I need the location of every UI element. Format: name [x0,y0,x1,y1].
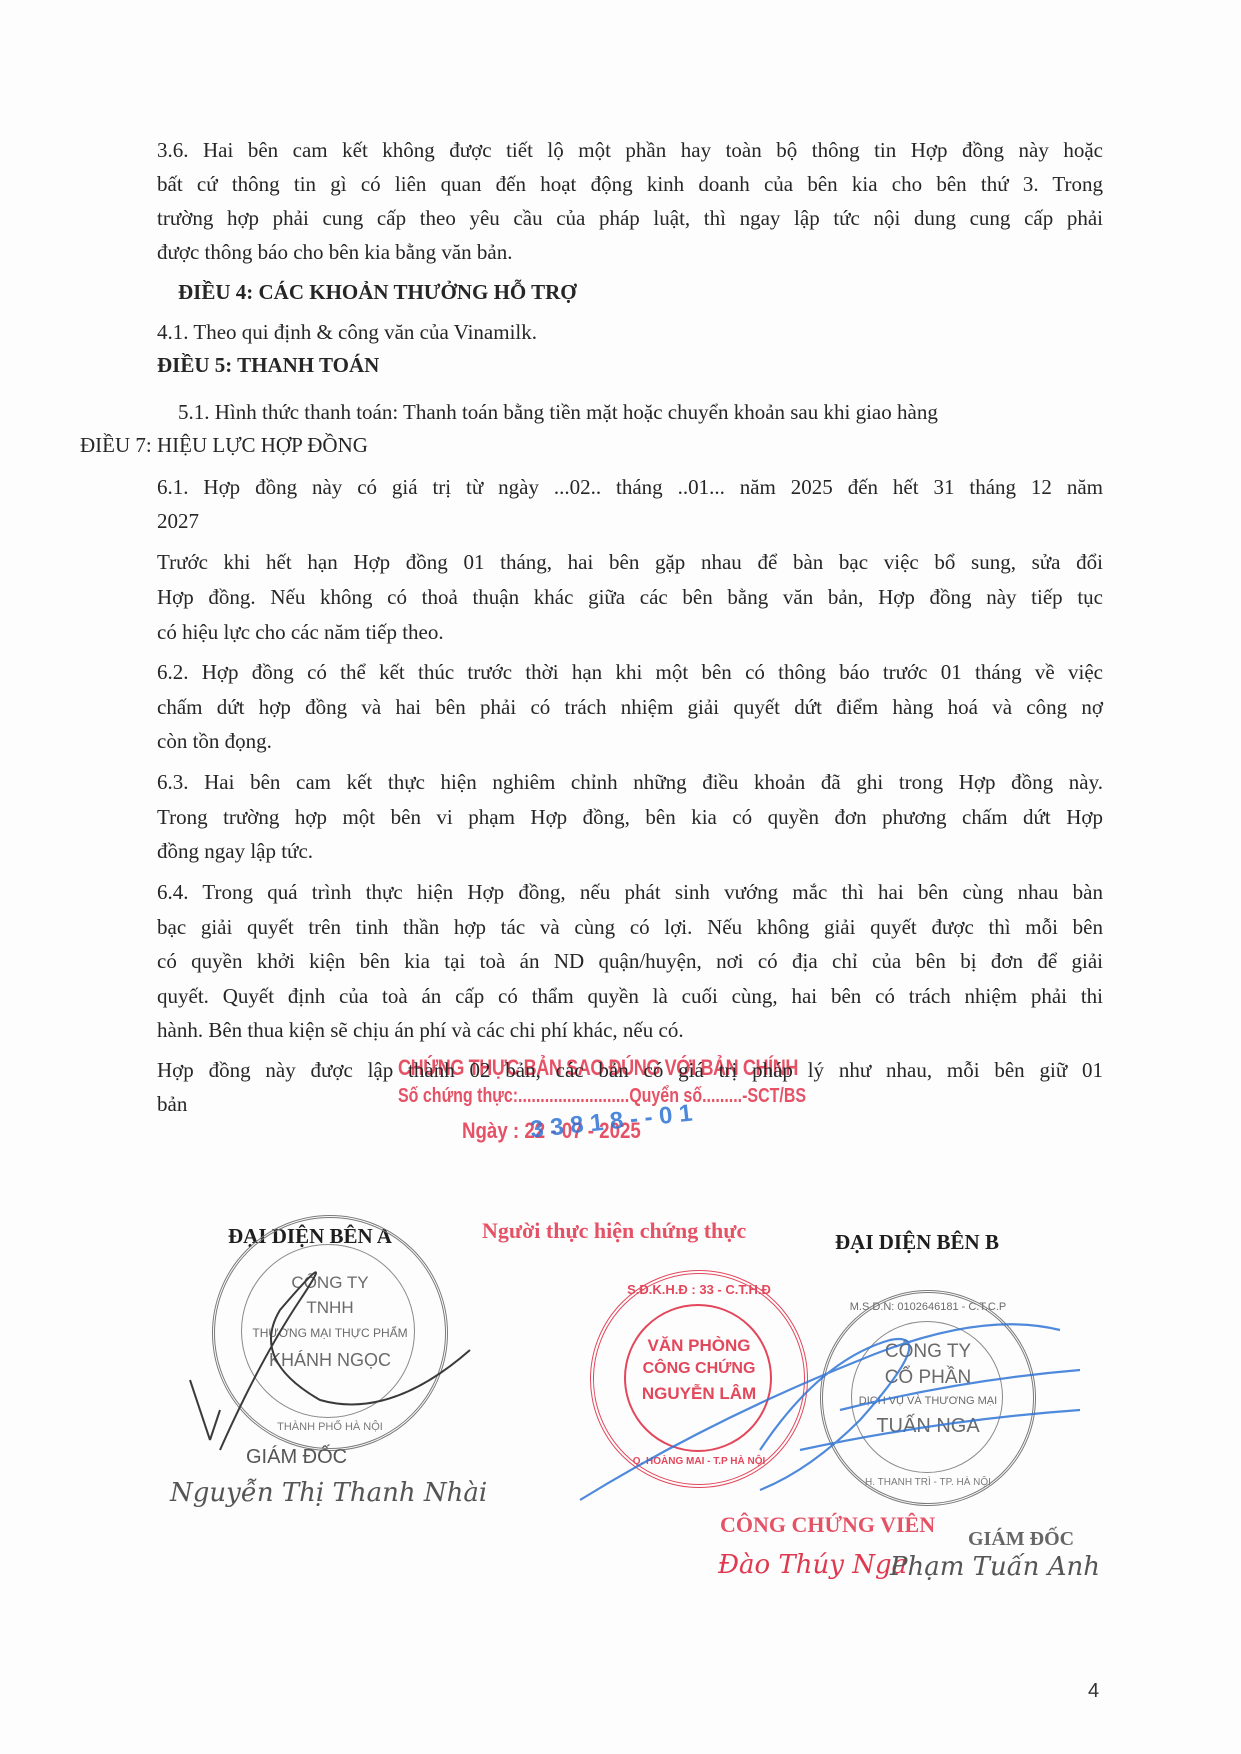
copies-line-1: Hợp đồng này được lập thành 02 bản, các … [157,1053,1103,1087]
page-number: 4 [1088,1680,1099,1703]
notary-blue-signature-stroke [560,1300,1080,1520]
document-page: 3.6. Hai bên cam kết không được tiết lộ … [0,0,1241,1754]
renewal-line-2: Hợp đồng. Nếu không có thoả thuận khác g… [157,580,1103,614]
party-a-title: GIÁM ĐỐC [246,1440,347,1474]
item-6-4-line-3: có quyền khởi kiện bên kia tại toà án ND… [157,944,1103,978]
notary-title: CÔNG CHỨNG VIÊN [720,1512,935,1538]
article-7-heading: ĐIỀU 7: HIỆU LỰC HỢP ĐỒNG [80,428,368,462]
notary-name: Đào Thúy Nga [718,1550,907,1580]
item-6-4-line-5: hành. Bên thua kiện sẽ chịu án phí và cá… [157,1013,1103,1047]
party-b-signer-name: Phạm Tuấn Anh [890,1552,1100,1582]
paragraph-3-6-line-4: được thông báo cho bên kia bằng văn bản. [157,235,1103,269]
item-6-2-line-2: chấm dứt hợp đồng và hai bên phải có trá… [157,690,1103,724]
renewal-line-3: có hiệu lực cho các năm tiếp theo. [157,615,1103,649]
notary-seal-ring: S.Đ.K.H.Đ : 33 - C.T.H.Đ [594,1282,804,1297]
paragraph-3-6-line-2: bất cứ thông tin gì có liên quan đến hoạ… [157,167,1103,201]
item-6-1-line-2: 2027 [157,504,199,538]
item-6-4-line-4: quyết. Quyết định của toà án cấp có thẩm… [157,979,1103,1013]
party-b-heading: ĐẠI DIỆN BÊN B [835,1230,999,1255]
item-6-1-line-1: 6.1. Hợp đồng này có giá trị từ ngày ...… [157,470,1103,504]
item-6-3-line-1: 6.3. Hai bên cam kết thực hiện nghiêm ch… [157,765,1103,799]
item-4-1: 4.1. Theo qui định & công văn của Vinami… [157,315,537,349]
paragraph-3-6-line-3: trường hợp phải cung cấp theo yêu cầu củ… [157,201,1103,235]
party-b-title: GIÁM ĐỐC [968,1522,1074,1556]
item-6-3-line-2: Trong trường hợp một bên vi phạm Hợp đồn… [157,800,1103,834]
article-5-heading: ĐIỀU 5: THANH TOÁN [157,348,379,382]
certification-performer-label: Người thực hiện chứng thực [482,1218,746,1244]
paragraph-3-6-line-1: 3.6. Hai bên cam kết không được tiết lộ … [157,133,1103,167]
item-5-1: 5.1. Hình thức thanh toán: Thanh toán bằ… [178,395,938,429]
item-6-4-line-1: 6.4. Trong quá trình thực hiện Hợp đồng,… [157,875,1103,909]
party-a-signer-name: Nguyễn Thị Thanh Nhài [170,1478,487,1508]
item-6-2-line-1: 6.2. Hợp đồng có thể kết thúc trước thời… [157,655,1103,689]
item-6-3-line-3: đồng ngay lập tức. [157,834,1103,868]
renewal-line-1: Trước khi hết hạn Hợp đồng 01 tháng, hai… [157,545,1103,579]
item-6-2-line-3: còn tồn đọng. [157,724,1103,758]
article-4-heading: ĐIỀU 4: CÁC KHOẢN THƯỞNG HỖ TRỢ [178,275,577,309]
item-6-4-line-2: bạc giải quyết trên tinh thần hợp tác và… [157,910,1103,944]
